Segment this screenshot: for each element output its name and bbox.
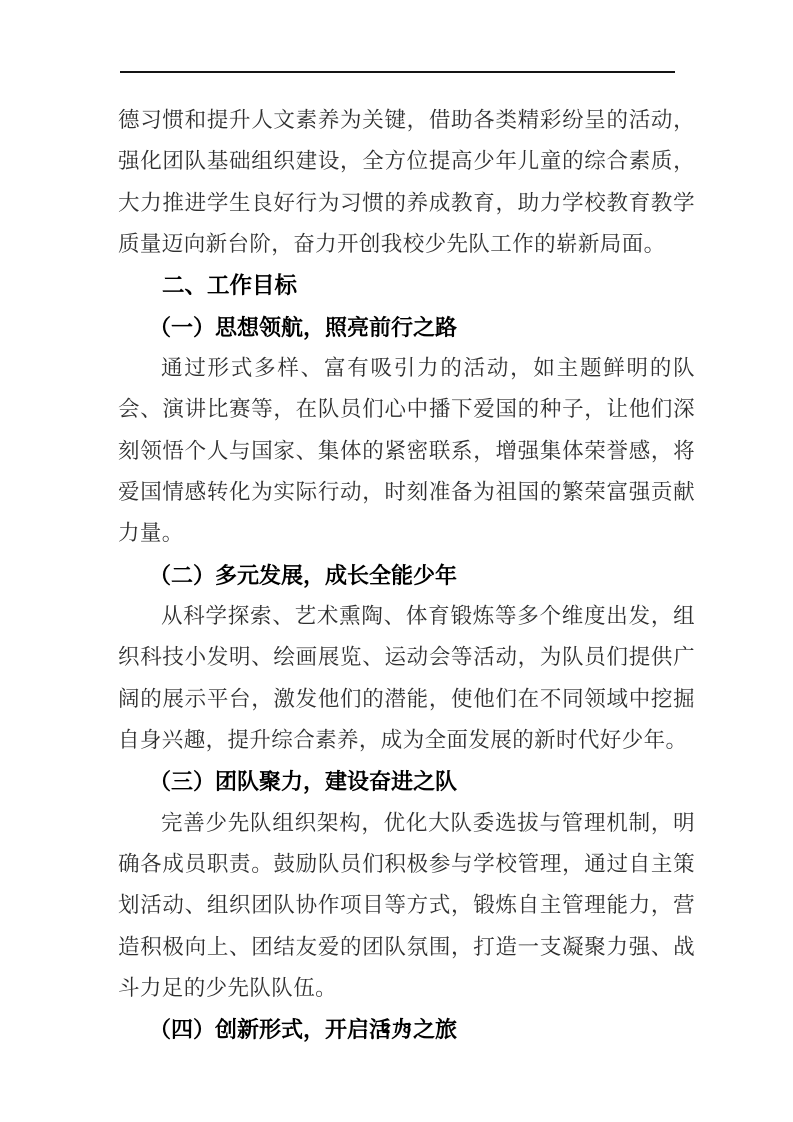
subsection-heading-2: （二）多元发展，成长全能少年 <box>118 555 695 596</box>
subsection-heading-3: （三）团队聚力，建设奋进之队 <box>118 761 695 802</box>
body-paragraph: 通过形式多样、富有吸引力的活动，如主题鲜明的队会、演讲比赛等，在队员们心中播下爱… <box>118 348 695 555</box>
header-rule <box>120 71 675 73</box>
document-body: 德习惯和提升人文素养为关键，借助各类精彩纷呈的活动，强化团队基础组织建设，全方位… <box>118 100 695 1051</box>
document-page: 德习惯和提升人文素养为关键，借助各类精彩纷呈的活动，强化团队基础组织建设，全方位… <box>0 0 793 1122</box>
section-heading-work-goals: 二、工作目标 <box>118 265 695 306</box>
subsection-heading-1: （一）思想领航，照亮前行之路 <box>118 307 695 348</box>
page-number: 2 / 8 <box>0 1020 793 1037</box>
body-paragraph-continuation: 德习惯和提升人文素养为关键，借助各类精彩纷呈的活动，强化团队基础组织建设，全方位… <box>118 100 695 265</box>
body-paragraph: 从科学探索、艺术熏陶、体育锻炼等多个维度出发，组织科技小发明、绘画展览、运动会等… <box>118 596 695 761</box>
body-paragraph: 完善少先队组织架构，优化大队委选拔与管理机制，明确各成员职责。鼓励队员们积极参与… <box>118 803 695 1010</box>
